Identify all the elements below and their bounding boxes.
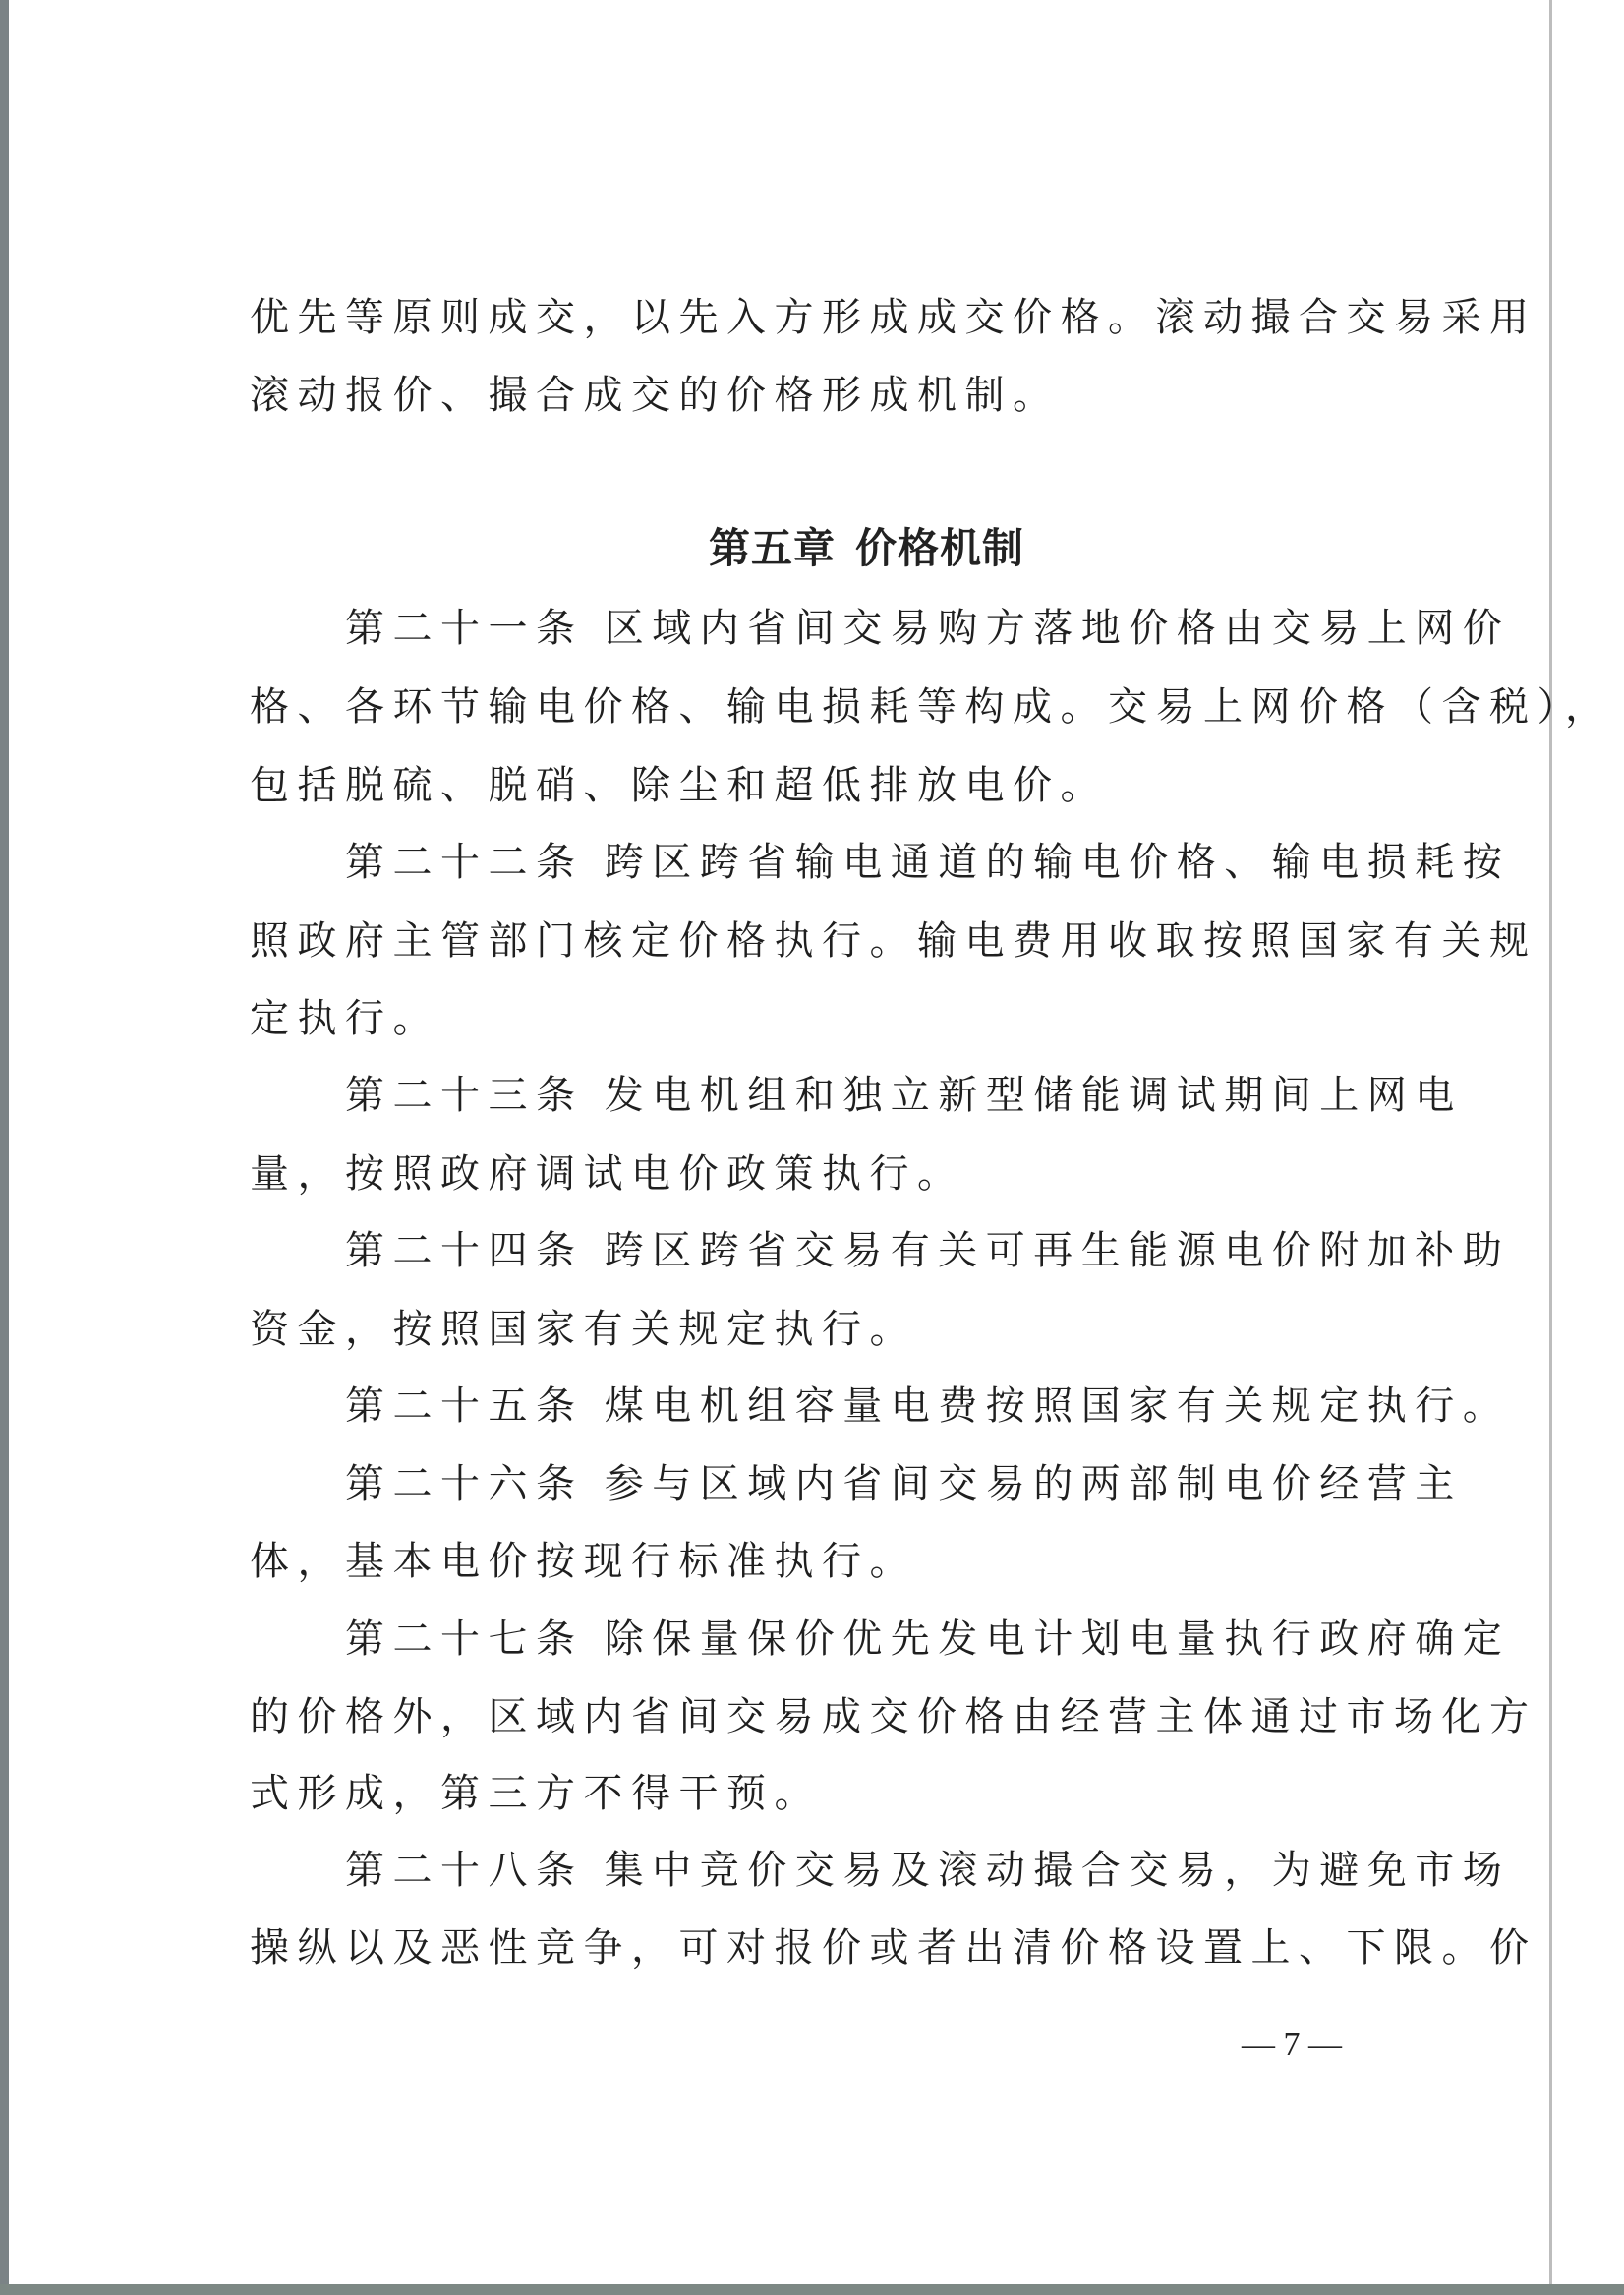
- article-23-line-1: 第二十三条 发电机组和独立新型储能调试期间上网电: [345, 1072, 1463, 1119]
- article-27-line-1: 第二十七条 除保量保价优先发电计划电量执行政府确定: [345, 1616, 1510, 1663]
- article-27-line-2: 的价格外，区域内省间交易成交价格由经营主体通过市场化方: [250, 1693, 1537, 1740]
- article-26-line-1: 第二十六条 参与区域内省间交易的两部制电价经营主: [345, 1460, 1463, 1507]
- scan-border-left: [0, 0, 9, 2295]
- article-28-line-2: 操纵以及恶性竞争，可对报价或者出清价格设置上、下限。价: [250, 1924, 1537, 1971]
- article-22-line-3: 定执行。: [250, 995, 440, 1042]
- article-21-line-2: 格、各环节输电价格、输电损耗等构成。交易上网价格（含税），: [250, 683, 1613, 731]
- article-28-line-1: 第二十八条 集中竞价交易及滚动撮合交易，为避免市场: [345, 1847, 1510, 1894]
- chapter-heading: 第五章价格机制: [709, 523, 1024, 574]
- chapter-title: 价格机制: [855, 524, 1024, 572]
- article-22-line-2: 照政府主管部门核定价格执行。输电费用收取按照国家有关规: [250, 917, 1537, 965]
- chapter-number: 第五章: [709, 524, 836, 572]
- article-23-line-2: 量，按照政府调试电价政策执行。: [250, 1150, 965, 1198]
- article-25-line-1: 第二十五条 煤电机组容量电费按照国家有关规定执行。: [345, 1383, 1510, 1430]
- article-21-line-3: 包括脱硫、脱硝、除尘和超低排放电价。: [250, 762, 1108, 809]
- document-page: 优先等原则成交，以先入方形成成交价格。滚动撮合交易采用 滚动报价、撮合成交的价格…: [9, 0, 1549, 2284]
- continuation-line: 滚动报价、撮合成交的价格形成机制。: [250, 372, 1061, 419]
- scan-border-bottom: [0, 2284, 1624, 2295]
- article-27-line-3: 式形成，第三方不得干预。: [250, 1770, 822, 1817]
- scan-edge-right: [1549, 0, 1552, 2284]
- article-22-line-1: 第二十二条 跨区跨省输电通道的输电价格、输电损耗按: [345, 839, 1510, 886]
- article-26-line-2: 体，基本电价按现行标准执行。: [250, 1538, 917, 1585]
- article-24-line-2: 资金，按照国家有关规定执行。: [250, 1306, 917, 1353]
- continuation-line: 优先等原则成交，以先入方形成成交价格。滚动撮合交易采用: [250, 294, 1537, 341]
- page-number: — 7 —: [1242, 2024, 1342, 2067]
- article-21-line-1: 第二十一条 区域内省间交易购方落地价格由交易上网价: [345, 605, 1510, 652]
- article-24-line-1: 第二十四条 跨区跨省交易有关可再生能源电价附加补助: [345, 1227, 1510, 1274]
